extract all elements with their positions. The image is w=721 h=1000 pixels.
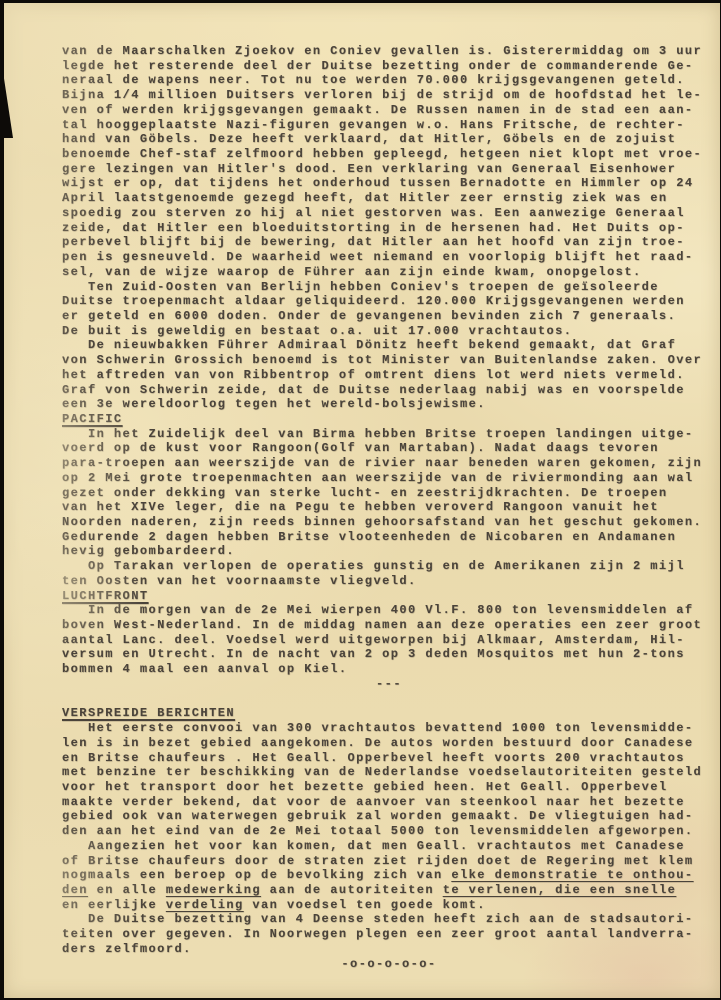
text-segment: De nieuwbakken Führer Admiraal Dönitz he… bbox=[62, 338, 676, 352]
document-text: van de Maarschalken Zjoekov en Coniev ge… bbox=[62, 44, 716, 971]
document-line: voor het transport door het bezette gebi… bbox=[62, 780, 716, 795]
text-segment: gebied ook van waterwegen gebruik zal wo… bbox=[62, 809, 694, 823]
underlined-text: VERSPREIDE BERICHTEN bbox=[62, 706, 235, 720]
text-segment: voerd op de kust voor Rangoon(Golf van M… bbox=[62, 441, 659, 455]
text-segment: en alle bbox=[88, 883, 166, 897]
document-line: maakte verder bekend, dat voor de aanvoe… bbox=[62, 795, 716, 810]
text-segment: van de Maarschalken Zjoekov en Coniev ge… bbox=[62, 44, 702, 58]
document-line: Op Tarakan verlopen de operaties gunstig… bbox=[62, 559, 716, 574]
document-line: para-troepen aan weerszijde van de rivie… bbox=[62, 456, 716, 471]
text-segment: Duitse troepenmacht aldaar geliquideerd.… bbox=[62, 294, 685, 308]
text-segment: von Schwerin Grossich benoemd is tot Min… bbox=[62, 353, 702, 367]
document-line: ven of werden krijgsgevangen gemaakt. De… bbox=[62, 103, 716, 118]
text-segment: nogmaals een beroep op de bevolking zich… bbox=[62, 868, 451, 882]
text-segment: legde het resterende deel der Duitse bez… bbox=[62, 59, 694, 73]
text-segment: len is in bezet gebied aangekomen. De au… bbox=[62, 736, 694, 750]
document-line: ders zelfmoord. bbox=[62, 942, 716, 957]
text-segment: --- bbox=[376, 677, 402, 691]
document-line: teiten over gegeven. In Noorwegen plegen… bbox=[62, 927, 716, 942]
section-heading: PACIFIC bbox=[62, 412, 716, 427]
text-segment: spoedig zou sterven zo hij al niet gesto… bbox=[62, 206, 685, 220]
text-segment: ten Oosten van het voornaamste vliegveld… bbox=[62, 574, 417, 588]
underlined-text: verdeling bbox=[166, 898, 244, 912]
divider-mark: -o-o-o-o-o- bbox=[62, 957, 716, 972]
text-segment: en eerlijke bbox=[62, 898, 166, 912]
text-segment: of Britse chaufeurs door de straten ziet… bbox=[62, 854, 694, 868]
text-segment: van voedsel ten goede komt. bbox=[244, 898, 486, 912]
document-line: den aan het eind van de 2e Mei totaal 50… bbox=[62, 824, 716, 839]
document-line: den en alle medewerking aan de autoritei… bbox=[62, 883, 716, 898]
text-segment: tal hooggeplaatste Nazi-figuren gevangen… bbox=[62, 118, 685, 132]
document-line: wijst er op, dat tijdens het onderhoud t… bbox=[62, 176, 716, 191]
document-line: Ten Zuid-Oosten van Berlijn hebben Conie… bbox=[62, 280, 716, 295]
text-segment: versum en Utrecht. In de nacht van 2 op … bbox=[62, 647, 685, 661]
document-line: In de morgen van de 2e Mei wierpen 400 V… bbox=[62, 603, 716, 618]
text-segment: neraal de wapens neer. Tot nu toe werden… bbox=[62, 73, 685, 87]
text-segment: De Duitse bezetting van 4 Deense steden … bbox=[62, 912, 694, 926]
document-line: Graf von Schwerin zeide, dat de Duitse n… bbox=[62, 383, 716, 398]
underlined-text: LUCHTFRONT bbox=[62, 589, 149, 603]
document-line: len is in bezet gebied aangekomen. De au… bbox=[62, 736, 716, 751]
text-segment: perbevel blijft bij de bewering, dat Hit… bbox=[62, 235, 685, 249]
text-segment: In het Zuidelijk deel van Birma hebben B… bbox=[62, 427, 694, 441]
document-line: er geteld en 6000 doden. Onder de gevang… bbox=[62, 309, 716, 324]
text-segment: -o-o-o-o-o- bbox=[341, 957, 436, 971]
text-segment: Noorden naderen, zijn reeds binnen gehoo… bbox=[62, 515, 702, 529]
text-segment: April laatstgenoemde gezegd heeft, dat H… bbox=[62, 191, 668, 205]
document-line: zeide, dat Hitler een bloeduitstorting i… bbox=[62, 221, 716, 236]
underlined-text: te verlenen, die een snelle bbox=[443, 883, 677, 897]
document-line: Het eerste convooi van 300 vrachtautos b… bbox=[62, 721, 716, 736]
text-segment: den aan het eind van de 2e Mei totaal 50… bbox=[62, 824, 694, 838]
text-segment: en Britse chaufeurs . Het Geall. Opperbe… bbox=[62, 751, 685, 765]
text-segment: gere lezingen van Hitler's dood. Een ver… bbox=[62, 162, 676, 176]
document-line: von Schwerin Grossich benoemd is tot Min… bbox=[62, 353, 716, 368]
section-heading: VERSPREIDE BERICHTEN bbox=[62, 706, 716, 721]
document-line: Bijna 1/4 millioen Duitsers verloren bij… bbox=[62, 88, 716, 103]
document-line: hand van Göbels. Deze heeft verklaard, d… bbox=[62, 132, 716, 147]
text-segment: Op Tarakan verlopen de operaties gunstig… bbox=[62, 559, 685, 573]
underlined-text: elke demonstratie te onthou- bbox=[451, 868, 693, 882]
document-line: spoedig zou sterven zo hij al niet gesto… bbox=[62, 206, 716, 221]
document-line: en eerlijke verdeling van voedsel ten go… bbox=[62, 898, 716, 913]
document-line: gere lezingen van Hitler's dood. Een ver… bbox=[62, 162, 716, 177]
blank-line bbox=[62, 692, 716, 707]
text-segment: hand van Göbels. Deze heeft verklaard, d… bbox=[62, 132, 676, 146]
photographed-document: { "page": { "background_color": "#0d0b08… bbox=[0, 0, 721, 1000]
text-segment: op 2 Mei grote troepenmachten aan weersz… bbox=[62, 471, 694, 485]
document-line: hevig gebombardeerd. bbox=[62, 544, 716, 559]
text-segment: er geteld en 6000 doden. Onder de gevang… bbox=[62, 309, 676, 323]
divider-mark: --- bbox=[62, 677, 716, 692]
document-line: van de Maarschalken Zjoekov en Coniev ge… bbox=[62, 44, 716, 59]
text-segment: ders zelfmoord. bbox=[62, 942, 192, 956]
text-segment: benoemde Chef-staf zelfmoord hebben gepl… bbox=[62, 147, 702, 161]
text-segment: boven West-Nederland. In de middag namen… bbox=[62, 618, 702, 632]
text-segment: met benzine ter beschikking van de Neder… bbox=[62, 765, 702, 779]
document-line: een 3e wereldoorlog tegen het wereld-bol… bbox=[62, 397, 716, 412]
text-segment: Aangezien het voor kan komen, dat men Ge… bbox=[62, 839, 685, 853]
text-segment: In de morgen van de 2e Mei wierpen 400 V… bbox=[62, 603, 694, 617]
document-line: aantal Lanc. deel. Voedsel werd uitgewor… bbox=[62, 633, 716, 648]
section-heading: LUCHTFRONT bbox=[62, 589, 716, 604]
document-line: Noorden naderen, zijn reeds binnen gehoo… bbox=[62, 515, 716, 530]
document-line: nogmaals een beroep op de bevolking zich… bbox=[62, 868, 716, 883]
text-segment: para-troepen aan weerszijde van de rivie… bbox=[62, 456, 702, 470]
document-line: met benzine ter beschikking van de Neder… bbox=[62, 765, 716, 780]
document-line: Aangezien het voor kan komen, dat men Ge… bbox=[62, 839, 716, 854]
text-segment: Graf von Schwerin zeide, dat de Duitse n… bbox=[62, 383, 685, 397]
document-line: perbevel blijft bij de bewering, dat Hit… bbox=[62, 235, 716, 250]
document-line: of Britse chaufeurs door de straten ziet… bbox=[62, 854, 716, 869]
document-line: ten Oosten van het voornaamste vliegveld… bbox=[62, 574, 716, 589]
text-segment: hevig gebombardeerd. bbox=[62, 544, 235, 558]
underlined-text: PACIFIC bbox=[62, 412, 123, 426]
text-segment: aantal Lanc. deel. Voedsel werd uitgewor… bbox=[62, 633, 685, 647]
document-page: van de Maarschalken Zjoekov en Coniev ge… bbox=[4, 3, 720, 998]
text-segment: bommen 4 maal een aanval op Kiel. bbox=[62, 662, 348, 676]
document-line: neraal de wapens neer. Tot nu toe werden… bbox=[62, 73, 716, 88]
text-segment: een 3e wereldoorlog tegen het wereld-bol… bbox=[62, 397, 486, 411]
text-segment: pen is gesneuveld. De waarheid weet niem… bbox=[62, 250, 694, 264]
document-line: Gedurende 2 dagen hebben Britse vlooteen… bbox=[62, 530, 716, 545]
document-line: De nieuwbakken Führer Admiraal Dönitz he… bbox=[62, 338, 716, 353]
text-segment: van het XIVe leger, die na Pegu te hebbe… bbox=[62, 500, 659, 514]
text-segment: gezet onder dekking van sterke lucht- en… bbox=[62, 486, 668, 500]
text-segment: De buit is geweldig en bestaat o.a. uit … bbox=[62, 324, 572, 338]
document-line: bommen 4 maal een aanval op Kiel. bbox=[62, 662, 716, 677]
text-segment: maakte verder bekend, dat voor de aanvoe… bbox=[62, 795, 685, 809]
text-segment: aan de autoriteiten bbox=[261, 883, 443, 897]
document-line: In het Zuidelijk deel van Birma hebben B… bbox=[62, 427, 716, 442]
text-segment: zeide, dat Hitler een bloeduitstorting i… bbox=[62, 221, 685, 235]
text-segment: Ten Zuid-Oosten van Berlijn hebben Conie… bbox=[62, 280, 659, 294]
document-line: gebied ook van waterwegen gebruik zal wo… bbox=[62, 809, 716, 824]
text-segment: ven of werden krijgsgevangen gemaakt. De… bbox=[62, 103, 694, 117]
document-line: voerd op de kust voor Rangoon(Golf van M… bbox=[62, 441, 716, 456]
text-segment: wijst er op, dat tijdens het onderhoud t… bbox=[62, 176, 694, 190]
document-line: benoemde Chef-staf zelfmoord hebben gepl… bbox=[62, 147, 716, 162]
document-line: De buit is geweldig en bestaat o.a. uit … bbox=[62, 324, 716, 339]
text-segment: voor het transport door het bezette gebi… bbox=[62, 780, 668, 794]
document-line: boven West-Nederland. In de middag namen… bbox=[62, 618, 716, 633]
document-line: op 2 Mei grote troepenmachten aan weersz… bbox=[62, 471, 716, 486]
text-segment: het aftreden van von Ribbentrop of omtre… bbox=[62, 368, 685, 382]
text-segment: Het eerste convooi van 300 vrachtautos b… bbox=[62, 721, 694, 735]
document-line: pen is gesneuveld. De waarheid weet niem… bbox=[62, 250, 716, 265]
document-line: sel, van de wijze waarop de Führer aan z… bbox=[62, 265, 716, 280]
document-line: en Britse chaufeurs . Het Geall. Opperbe… bbox=[62, 751, 716, 766]
document-line: het aftreden van von Ribbentrop of omtre… bbox=[62, 368, 716, 383]
document-line: gezet onder dekking van sterke lucht- en… bbox=[62, 486, 716, 501]
document-line: De Duitse bezetting van 4 Deense steden … bbox=[62, 912, 716, 927]
document-line: Duitse troepenmacht aldaar geliquideerd.… bbox=[62, 294, 716, 309]
text-segment: Gedurende 2 dagen hebben Britse vlooteen… bbox=[62, 530, 676, 544]
document-line: van het XIVe leger, die na Pegu te hebbe… bbox=[62, 500, 716, 515]
document-line: legde het resterende deel der Duitse bez… bbox=[62, 59, 716, 74]
underlined-text: medewerking bbox=[166, 883, 261, 897]
document-line: April laatstgenoemde gezegd heeft, dat H… bbox=[62, 191, 716, 206]
text-segment: sel, van de wijze waarop de Führer aan z… bbox=[62, 265, 642, 279]
text-segment: Bijna 1/4 millioen Duitsers verloren bij… bbox=[62, 88, 702, 102]
text-segment: teiten over gegeven. In Noorwegen plegen… bbox=[62, 927, 694, 941]
document-line: tal hooggeplaatste Nazi-figuren gevangen… bbox=[62, 118, 716, 133]
document-line: versum en Utrecht. In de nacht van 2 op … bbox=[62, 647, 716, 662]
underlined-text: den bbox=[62, 883, 88, 897]
